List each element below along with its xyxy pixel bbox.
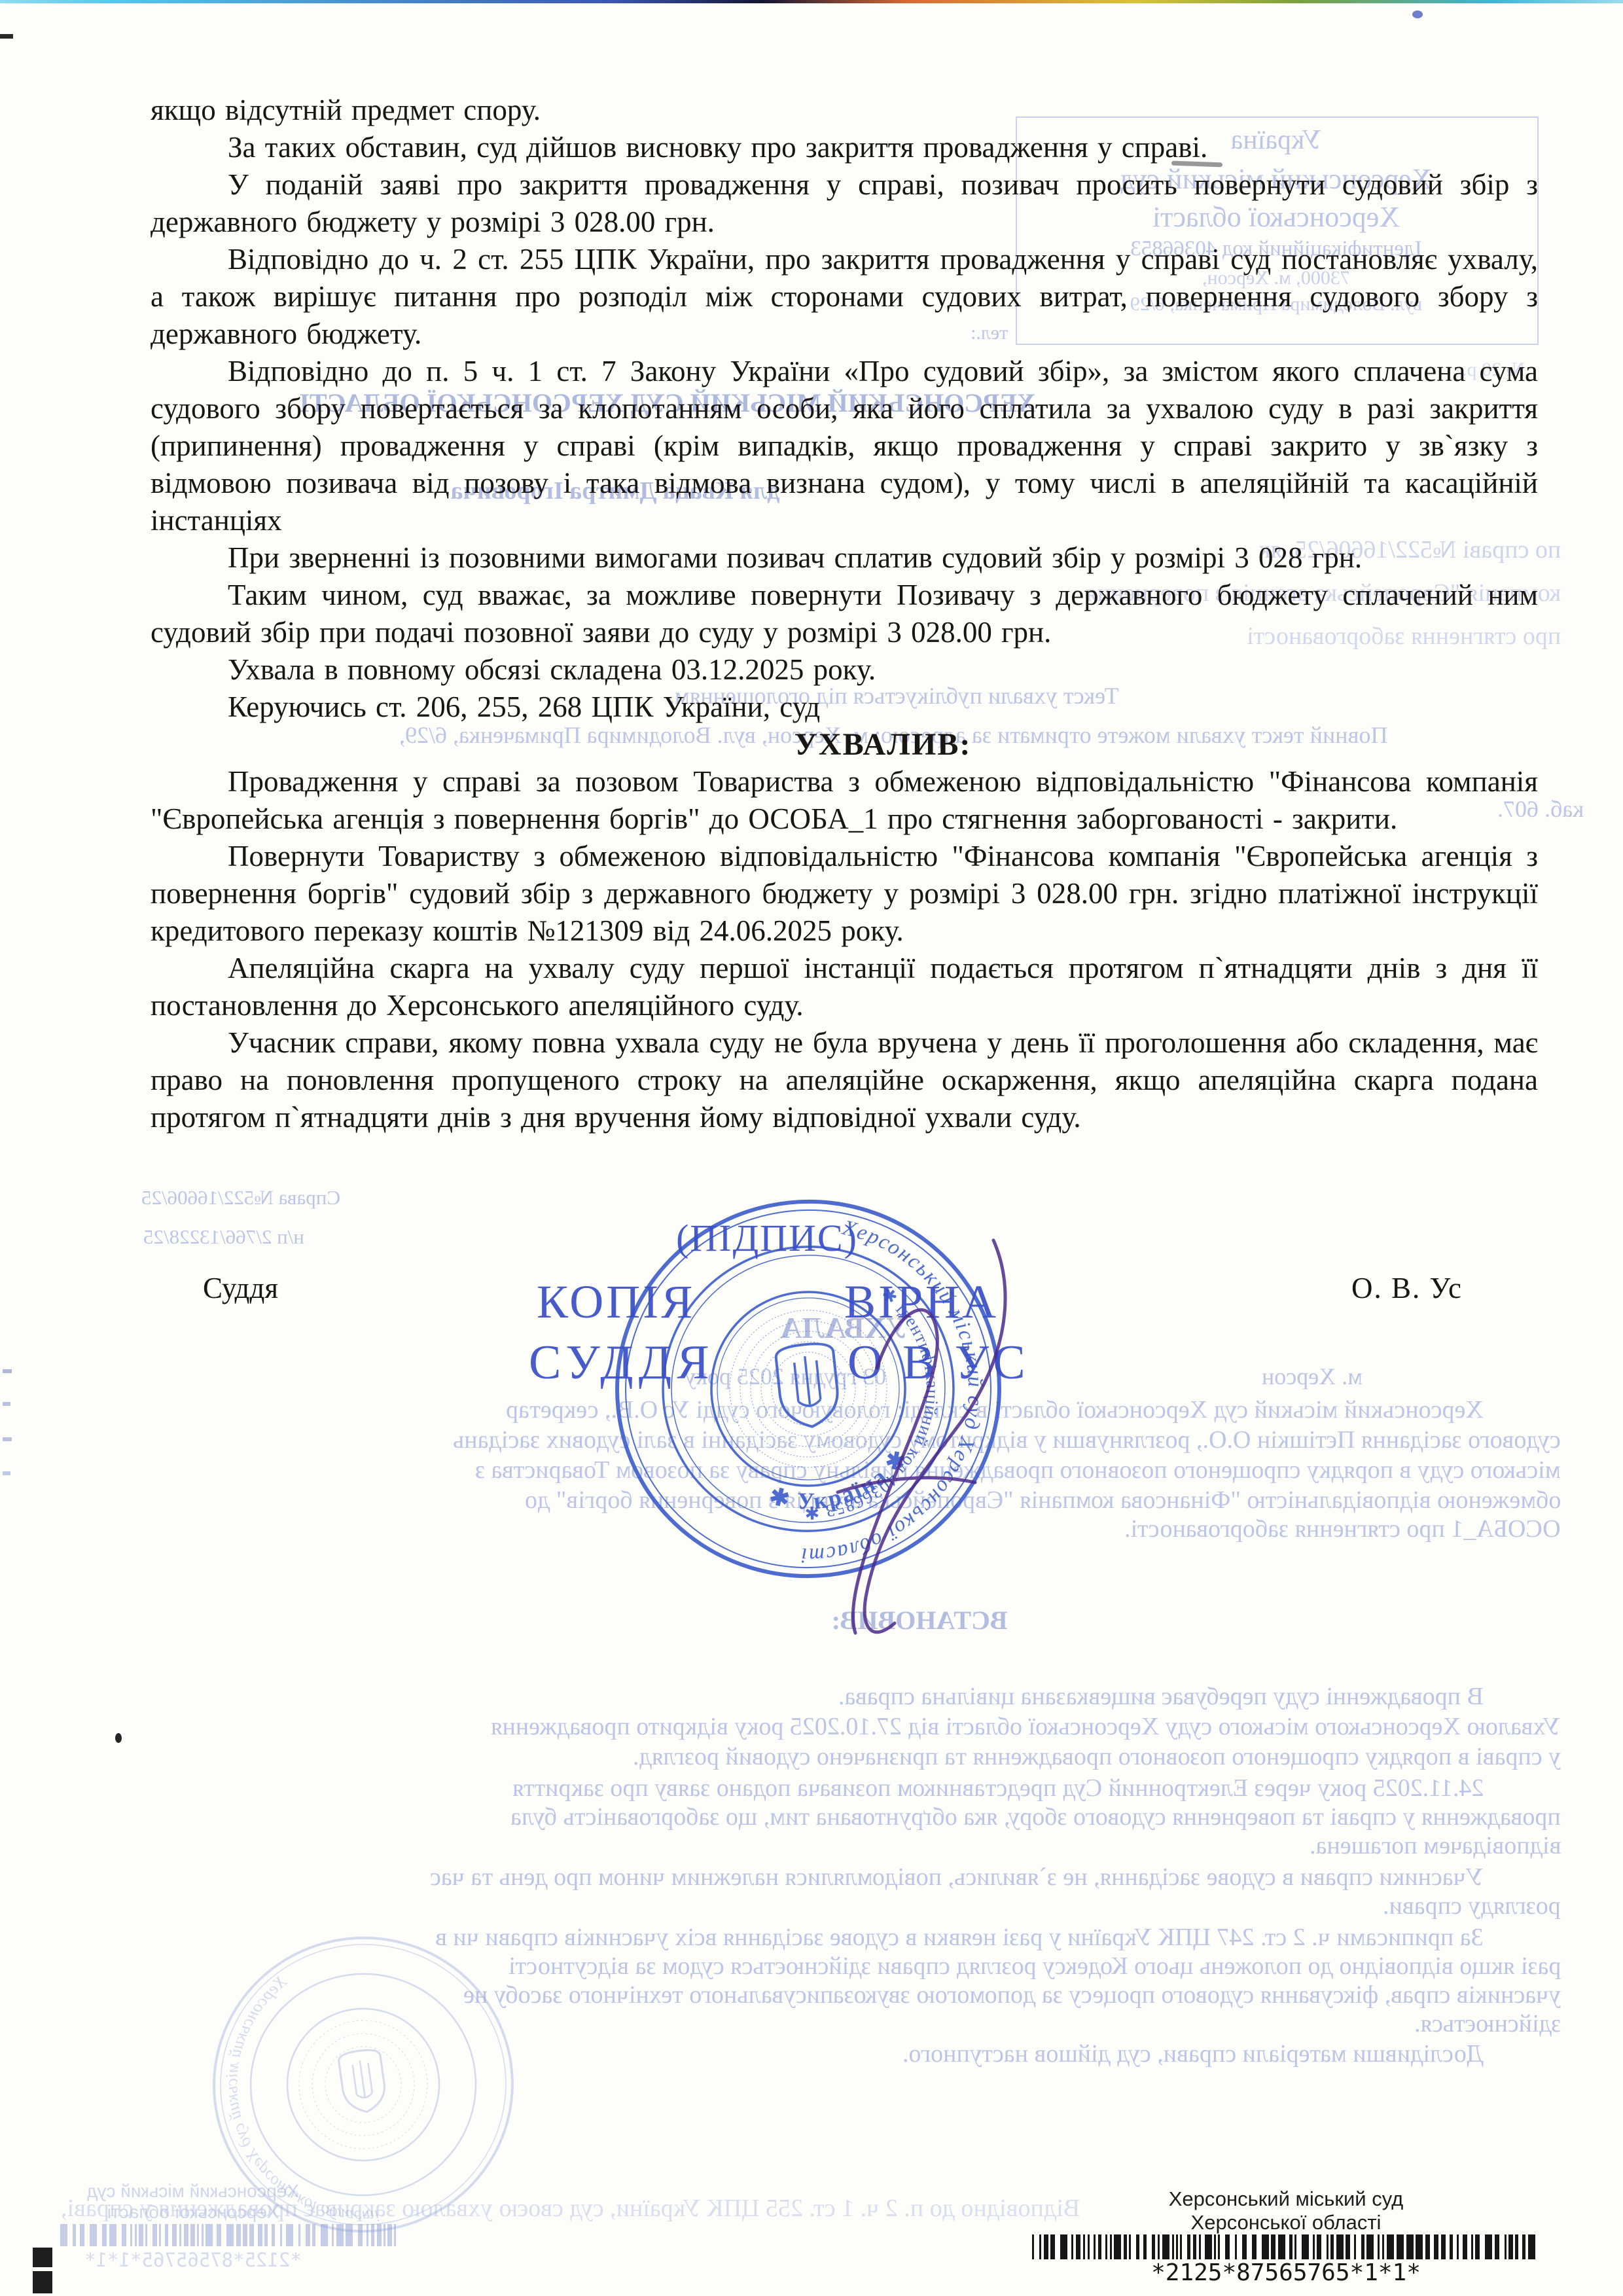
paragraph: Таким чином, суд вважає, за можливе пове… [151, 577, 1538, 651]
scan-speck [115, 1733, 122, 1743]
signature-role-label: Суддя [203, 1271, 278, 1305]
copy-stamp-kopia: КОПІЯ [537, 1275, 695, 1329]
resolution-paragraph: Повернути Товариству з обмеженою відпові… [151, 838, 1538, 950]
scan-edge-mark [33, 2271, 52, 2293]
paragraph: якщо відсутній предмет спору. [151, 92, 1538, 129]
svg-text:Херсонський міський суд Херсон: Херсонський міський суд Херсонської обла… [206, 1962, 381, 2244]
paragraph: При зверненні із позовними вимогами пози… [151, 539, 1538, 577]
bleed-facts-line: Учасники справи в судове засідання, не з… [430, 1863, 1484, 1892]
bleed-city: м. Херсон [1240, 1363, 1384, 1390]
paragraph: У поданій заяві про закриття провадження… [151, 166, 1538, 241]
bleed-facts-line: у справі в порядку спрощеного позовного … [633, 1742, 1561, 1771]
resolution-heading: УХВАЛИВ: [151, 726, 1538, 763]
footer-barcode [1032, 2234, 1543, 2259]
bleed-facts-line: розгляду справи. [1383, 1892, 1561, 1920]
bleed-facts-line: разі якщо відповідно до положень цього К… [508, 1952, 1561, 1981]
judge-name: О. В. Ус [1351, 1271, 1463, 1305]
bleed-facts-line: Ухвалою Херсонського міського суду Херсо… [491, 1712, 1561, 1741]
scan-speck [3, 1437, 12, 1441]
footer-court-line2: Херсонської області [1024, 2211, 1548, 2234]
footer-court-line1: Херсонський міський суд [1024, 2187, 1548, 2211]
resolution-paragraph: Апеляційна скарга на ухвалу суду першої … [151, 950, 1538, 1024]
scan-speck [3, 1471, 10, 1475]
bleed-facts-line: відповідачем погашена. [1310, 1831, 1561, 1860]
bleed-facts-line: За приписами ч. 2 ст. 247 ЦПК України у … [435, 1923, 1484, 1952]
bleed-facts-line: учасників справ, фіксування судового про… [463, 1981, 1561, 2009]
paragraph: Відповідно до п. 5 ч. 1 ст. 7 Закону Укр… [151, 353, 1538, 539]
bleed-stamp-ring-text: Херсонський міський суд Херсонської обла… [206, 1962, 381, 2244]
scan-speck [0, 34, 13, 39]
bleed-intro-line: ОСОБА_1 про стягнення заборгованості. [1124, 1515, 1561, 1543]
scanned-court-ruling-page: Україна Херсонський міський суд Херсонсь… [0, 0, 1623, 2296]
scan-speck [3, 1402, 10, 1406]
bleed-proceeding-number: н/п 2/766/13228/25 [143, 1225, 304, 1249]
resolution-paragraph: Провадження у справі за позовом Товарист… [151, 763, 1538, 838]
scan-speck [1412, 10, 1423, 18]
bleed-facts-line: Дослідивши матеріали справи, суд дійшов … [902, 2039, 1484, 2068]
bleed-case-number: Справа №522/16606/25 [141, 1186, 340, 1210]
scanner-edge-artifact [0, 0, 1623, 3]
scan-edge-mark [33, 2248, 52, 2267]
footer-barcode-text: *2125*87565765*1*1* [1024, 2259, 1548, 2286]
bleed-round-stamp: Херсонський міський суд Херсонської обла… [188, 1909, 538, 2259]
paragraph: За таких обставин, суд дійшов висновку п… [151, 129, 1538, 166]
paragraph: Відповідно до ч. 2 ст. 255 ЦПК України, … [151, 241, 1538, 353]
copy-stamp-suddia: СУДДЯ [529, 1335, 715, 1391]
paragraph: Керуючись ст. 206, 255, 268 ЦПК України,… [151, 689, 1538, 726]
bleed-facts-line: 24.11.2025 року через Електронний Суд пр… [512, 1774, 1484, 1803]
scan-speck [3, 1369, 12, 1373]
bleed-facts-line: здійснюється. [1414, 2009, 1561, 2038]
bleed-facts-line: провадження у справі та повернення судов… [510, 1803, 1561, 1831]
ruling-body: якщо відсутній предмет спору. За таких о… [151, 92, 1538, 1136]
paragraph: Ухвала в повному обсязі складена 03.12.2… [151, 651, 1538, 689]
resolution-paragraph: Учасник справи, якому повна ухвала суду … [151, 1024, 1538, 1136]
judge-handwritten-signature [740, 1211, 1067, 1695]
